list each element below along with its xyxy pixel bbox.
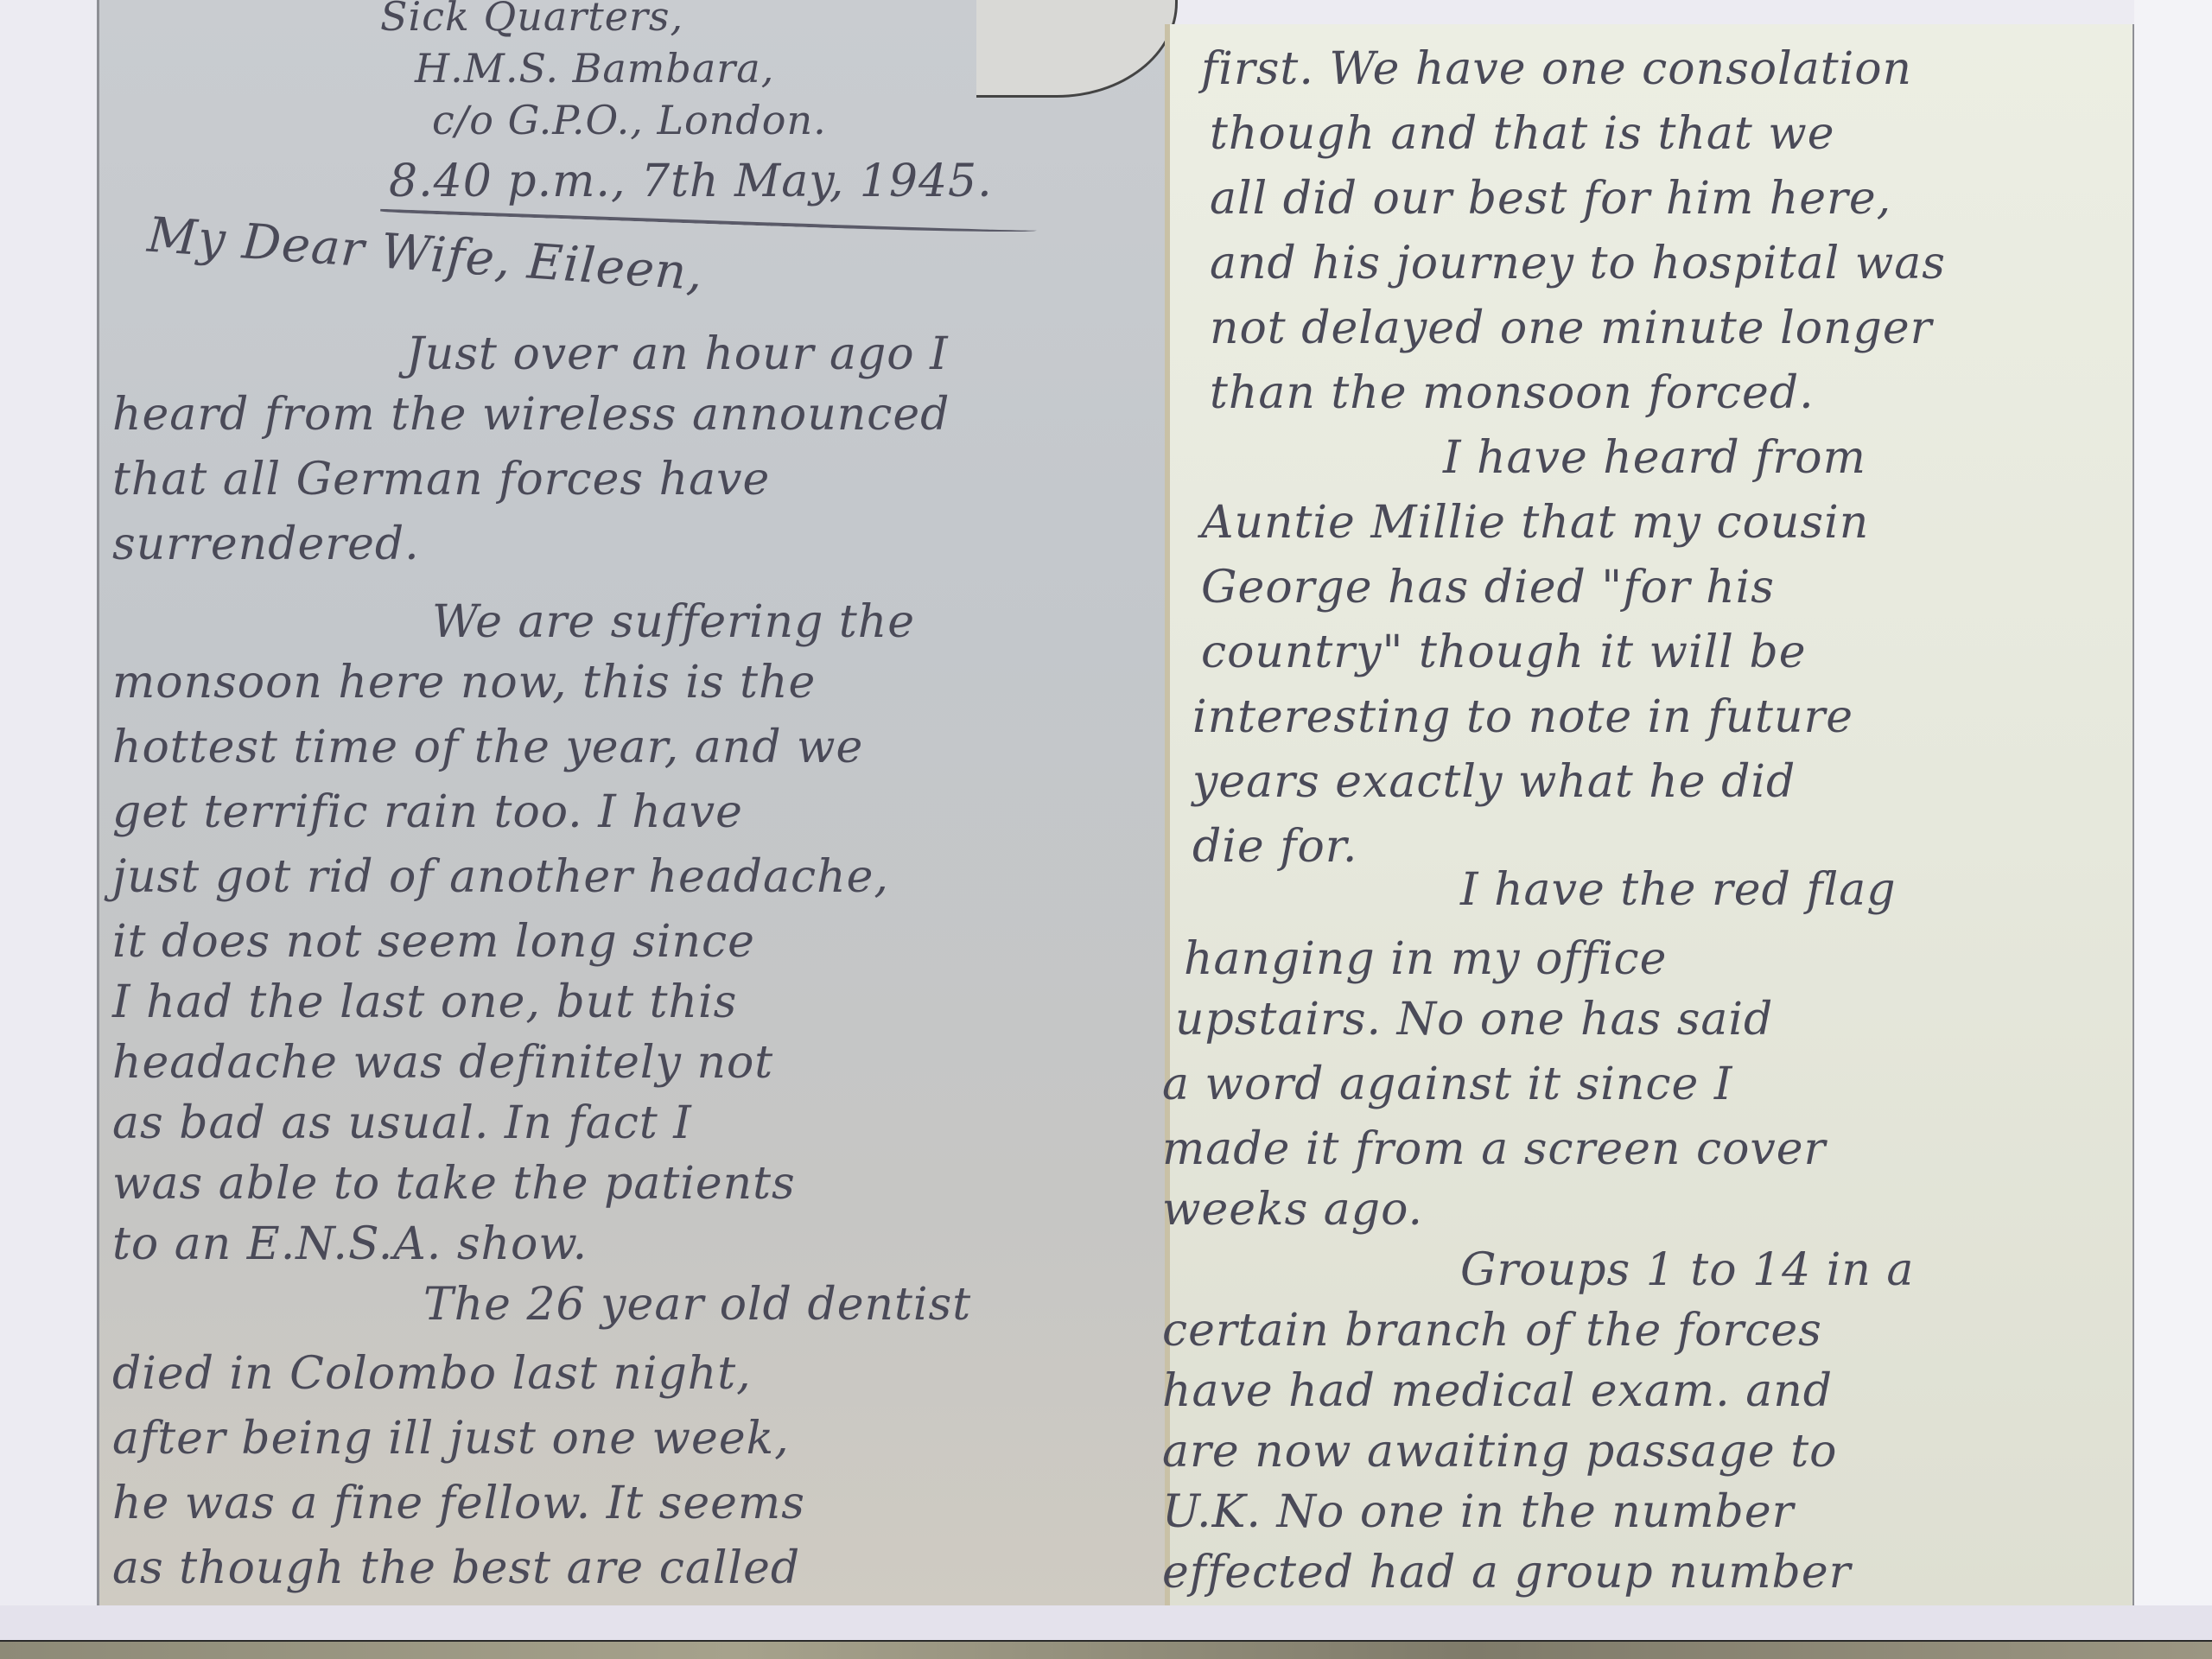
right-line: not delayed one minute longer — [1210, 302, 1932, 354]
right-line: years exactly what he did — [1192, 756, 1796, 808]
left-line: We are suffering the — [432, 596, 915, 648]
right-line: effected had a group number — [1162, 1547, 1851, 1599]
left-line: it does not seem long since — [112, 916, 755, 968]
left-line: I had the last one, but this — [112, 976, 737, 1028]
address-line-2: H.M.S. Bambara, — [415, 45, 774, 92]
left-line: as though the best are called — [112, 1542, 800, 1594]
right-line: hanging in my office — [1184, 933, 1667, 985]
address-line-3: c/o G.P.O., London. — [432, 97, 827, 143]
mount-paper-edge — [0, 1605, 2212, 1642]
left-line: hottest time of the year, and we — [112, 721, 863, 773]
left-line: was able to take the patients — [112, 1158, 796, 1210]
left-line: that all German forces have — [112, 454, 770, 505]
left-line: headache was definitely not — [112, 1037, 773, 1089]
right-line: George has died "for his — [1201, 562, 1775, 613]
left-line: as bad as usual. In fact I — [112, 1097, 692, 1149]
left-line: get terrific rain too. I have — [112, 786, 743, 838]
left-line: Just over an hour ago I — [406, 328, 949, 380]
address-line-1: Sick Quarters, — [380, 0, 683, 40]
right-line: I have the red flag — [1460, 864, 1897, 916]
right-line: have had medical exam. and — [1162, 1365, 1833, 1417]
right-line: country" though it will be — [1201, 626, 1807, 678]
right-line: all did our best for him here, — [1210, 173, 1891, 225]
left-line: died in Colombo last night, — [112, 1348, 752, 1400]
left-line: to an E.N.S.A. show. — [112, 1218, 588, 1270]
left-line: after being ill just one week, — [112, 1413, 790, 1465]
left-line: just got rid of another headache, — [112, 851, 889, 903]
right-line: Groups 1 to 14 in a — [1460, 1244, 1914, 1296]
right-line: die for. — [1192, 821, 1357, 873]
right-line: U.K. No one in the number — [1162, 1486, 1794, 1538]
right-line: interesting to note in future — [1192, 691, 1853, 743]
right-line: though and that is that we — [1210, 108, 1835, 160]
photo-backdrop — [2134, 0, 2212, 1624]
letter-date: 8.40 p.m., 7th May, 1945. — [389, 156, 993, 207]
right-line: upstairs. No one has said — [1175, 994, 1773, 1046]
right-line: than the monsoon forced. — [1210, 367, 1815, 419]
right-line: weeks ago. — [1162, 1184, 1423, 1236]
left-line: he was a fine fellow. It seems — [112, 1478, 805, 1529]
right-line: first. We have one consolation — [1201, 43, 1912, 95]
left-line: heard from the wireless announced — [112, 389, 950, 441]
left-line: surrendered. — [112, 518, 420, 570]
right-line: made it from a screen cover — [1162, 1123, 1826, 1175]
right-line: and his journey to hospital was — [1210, 238, 1946, 289]
right-line: a word against it since I — [1162, 1058, 1732, 1110]
right-line: Auntie Millie that my cousin — [1201, 497, 1869, 549]
right-line: I have heard from — [1443, 432, 1866, 484]
left-line: monsoon here now, this is the — [112, 657, 816, 709]
left-line: The 26 year old dentist — [423, 1279, 971, 1331]
right-line: certain branch of the forces — [1162, 1305, 1822, 1357]
wood-surface — [0, 1642, 2212, 1659]
right-line: are now awaiting passage to — [1162, 1426, 1837, 1478]
